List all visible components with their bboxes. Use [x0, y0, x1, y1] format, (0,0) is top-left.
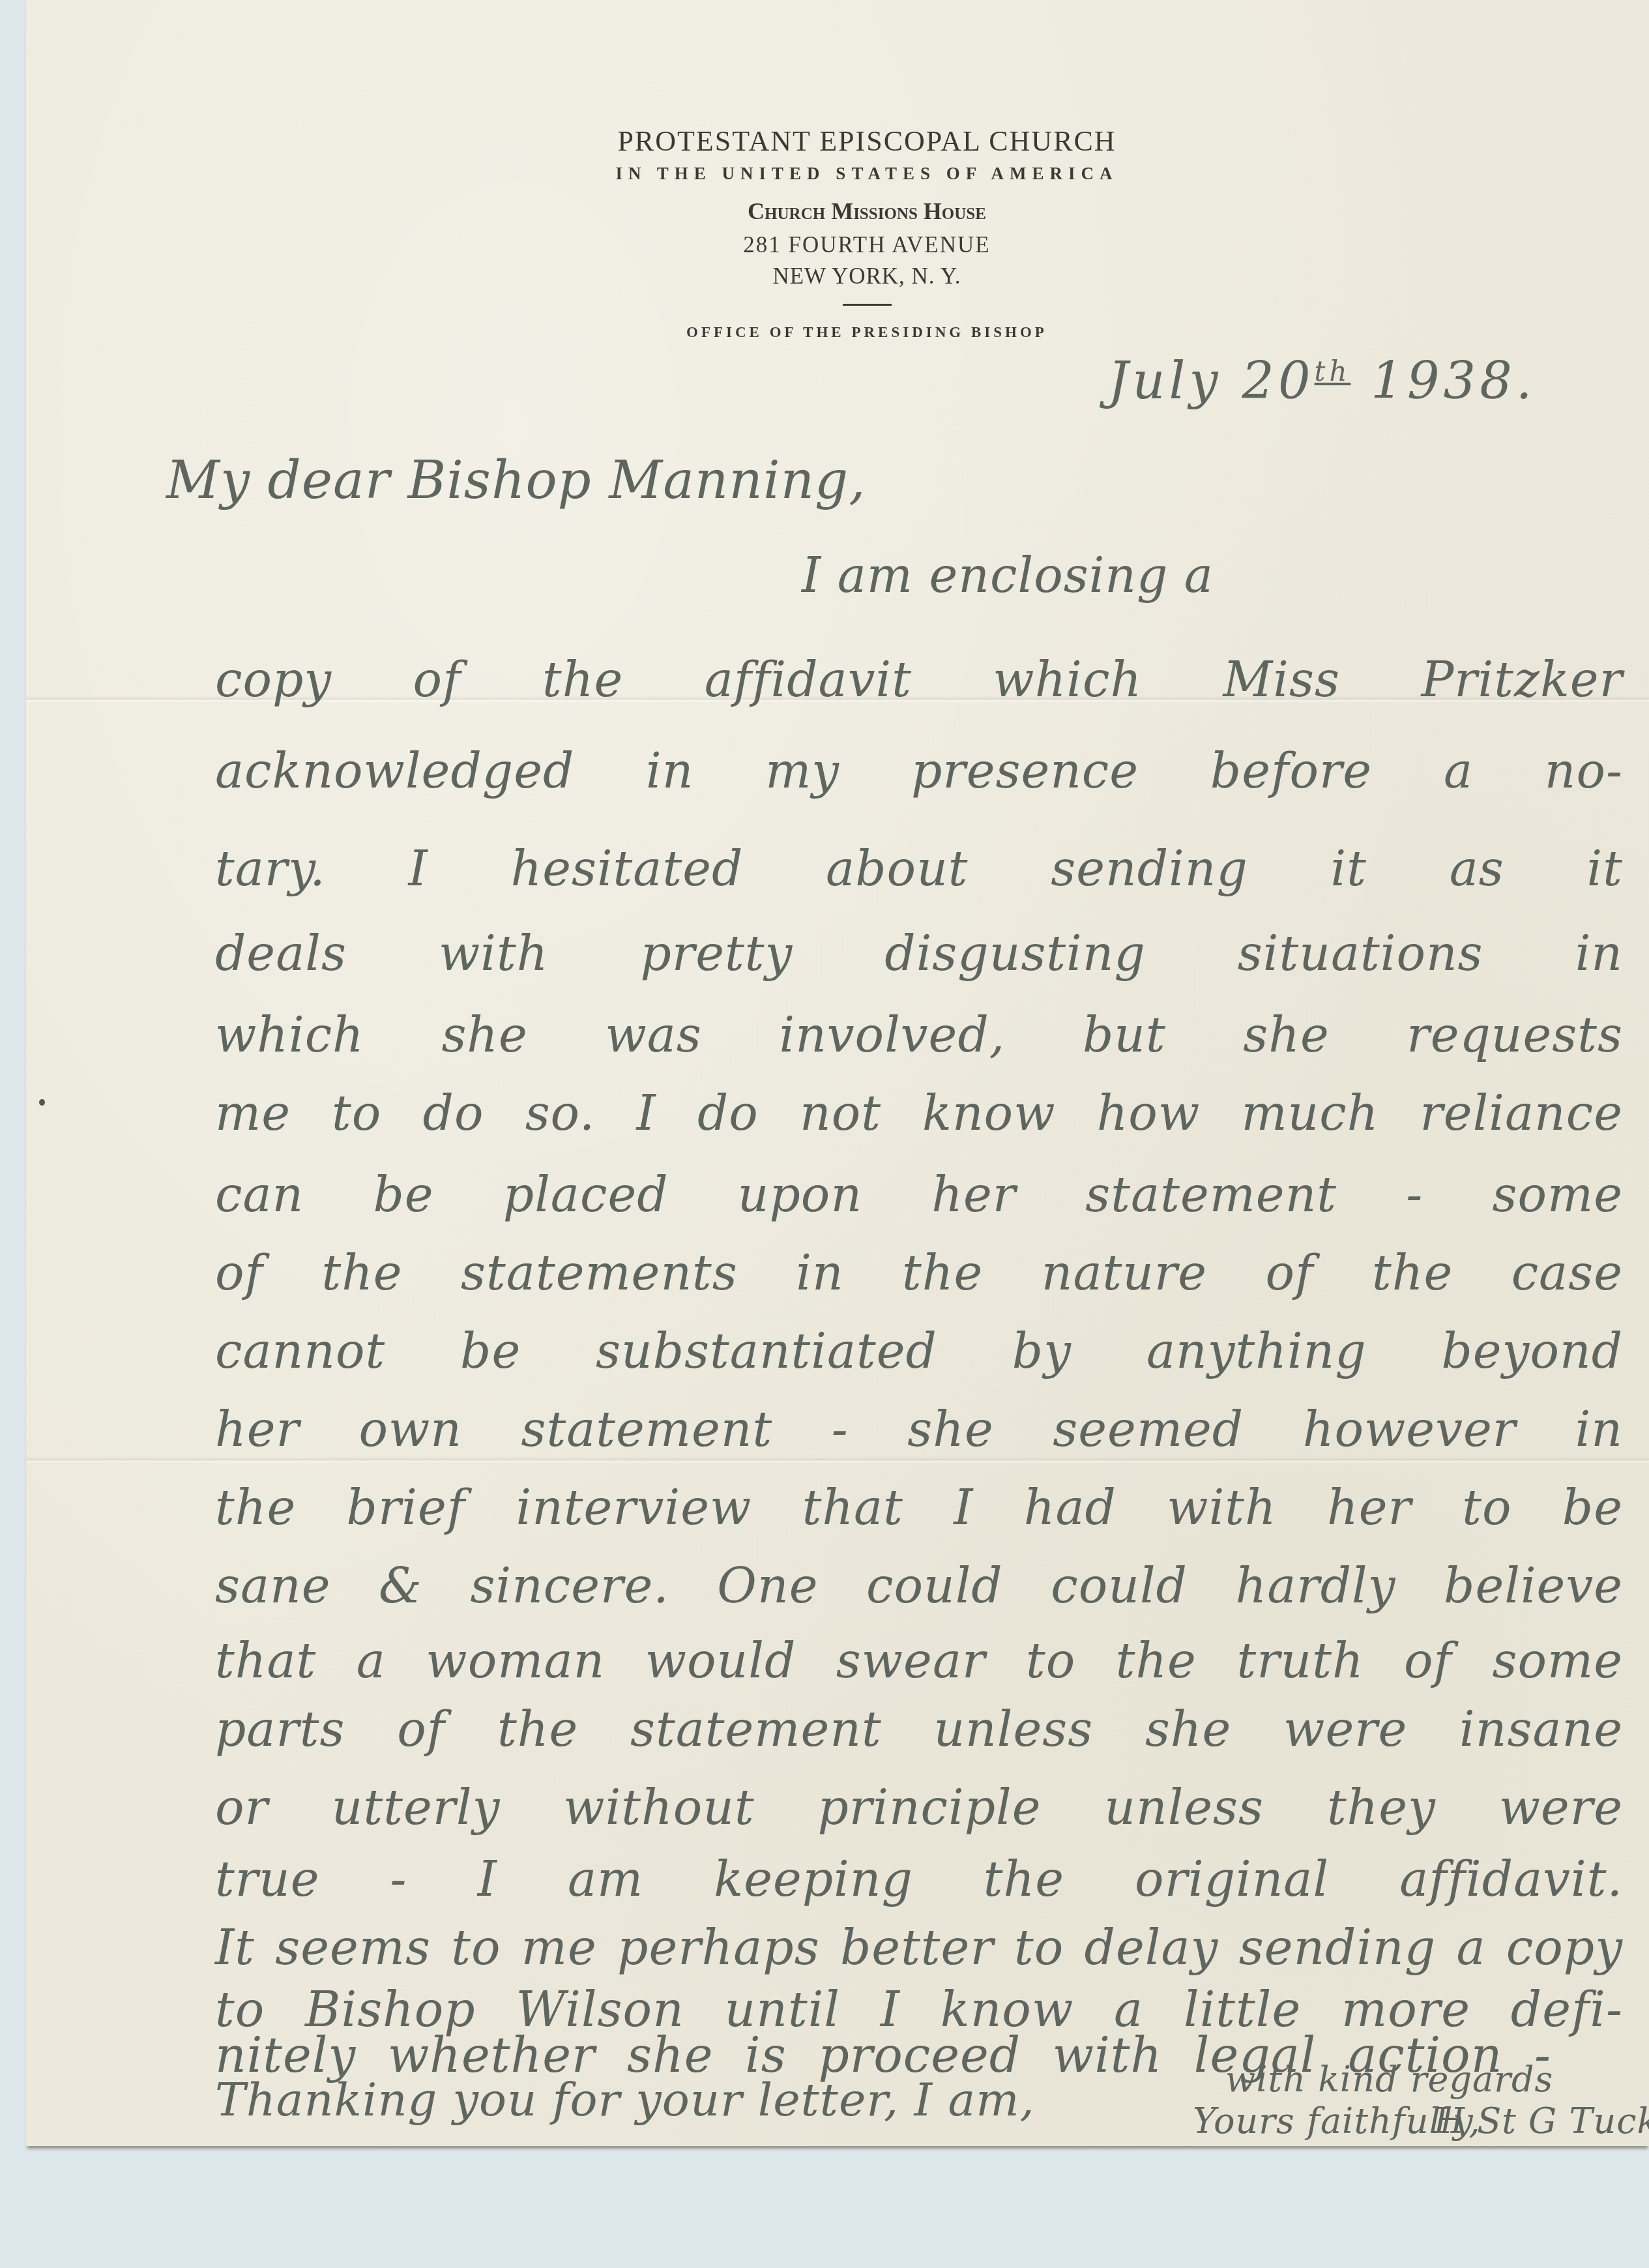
letterhead-divider	[843, 304, 892, 306]
date-year: 1938.	[1371, 352, 1536, 411]
signature: H St G Tucker	[1434, 2100, 1649, 2142]
body-line: sane & sincere. One could could hardly b…	[215, 1558, 1623, 1614]
body-line: or utterly without principle unless they…	[215, 1780, 1623, 1836]
body-line: parts of the statement unless she were i…	[215, 1701, 1623, 1758]
closing-line: Thanking you for your letter, I am,	[215, 2073, 1035, 2127]
body-line: true - I am keeping the original affidav…	[215, 1851, 1623, 1907]
body-line: me to do so. I do not know how much reli…	[215, 1085, 1623, 1141]
body-line: of the statements in the nature of the c…	[215, 1245, 1623, 1301]
body-line: cannot be substantiated by anything beyo…	[215, 1323, 1623, 1379]
body-line: It seems to me perhaps better to delay s…	[215, 1920, 1623, 1976]
body-line: copy of the affidavit which Miss Pritzke…	[215, 652, 1623, 708]
letterhead-office: OFFICE OF THE PRESIDING BISHOP	[574, 323, 1160, 342]
letterhead: PROTESTANT EPISCOPAL CHURCH IN THE UNITE…	[574, 124, 1160, 342]
letterhead-organization: PROTESTANT EPISCOPAL CHURCH	[574, 124, 1160, 159]
body-line: which she was involved, but she requests	[215, 1007, 1623, 1063]
body-line: that a woman would swear to the truth of…	[215, 1633, 1623, 1689]
letterhead-street: 281 FOURTH AVENUE	[574, 229, 1160, 261]
body-line: the brief interview that I had with her …	[215, 1480, 1623, 1536]
letter-date: July 20th 1938.	[1108, 352, 1536, 411]
body-line: tary. I hesitated about sending it as it	[215, 841, 1623, 897]
ink-speck	[39, 1099, 45, 1106]
body-line: can be placed upon her statement - some	[215, 1167, 1623, 1223]
body-line: deals with pretty disgusting situations …	[215, 926, 1623, 982]
opening-line: I am enclosing a	[802, 548, 1214, 604]
closing-regards: with kind regards	[1225, 2059, 1553, 2100]
letterhead-building: Church Missions House	[574, 193, 1160, 229]
body-line: acknowledged in my presence before a no-	[215, 743, 1623, 799]
fold-crease	[26, 1457, 1649, 1464]
body-line: her own statement - she seemed however i…	[215, 1402, 1623, 1458]
date-month-day: July 20	[1108, 352, 1315, 411]
salutation: My dear Bishop Manning,	[166, 450, 866, 510]
letterhead-city: NEW YORK, N. Y.	[574, 261, 1160, 292]
letterhead-subtitle: IN THE UNITED STATES OF AMERICA	[574, 159, 1160, 188]
date-suffix: th	[1315, 355, 1351, 387]
